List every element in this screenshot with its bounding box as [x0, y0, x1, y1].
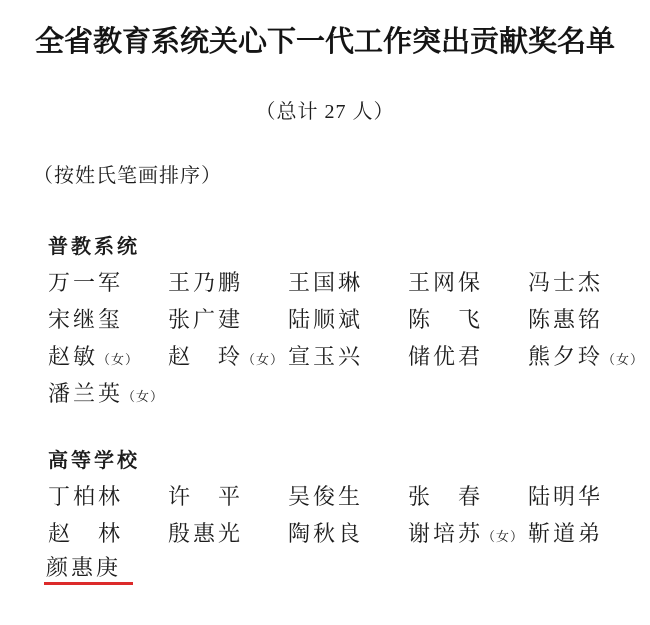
name-row: 赵 林殷惠光陶秋良谢培苏（女）靳道弟: [48, 515, 650, 552]
awardee-name: 陆明华: [528, 485, 603, 509]
name-cell: 陆明华: [528, 485, 648, 509]
name-cell: 赵 林: [48, 522, 168, 546]
female-marker: （女）: [482, 523, 524, 545]
award-name-list: 普教系统万一军王乃鹏王国琳王网保冯士杰宋继玺张广建陆顺斌陈 飞陈惠铭赵敏（女）赵…: [0, 234, 650, 589]
name-cell: 赵 玲（女）: [168, 345, 288, 369]
name-cell: 陆顺斌: [288, 308, 408, 332]
section-heading: 普教系统: [48, 234, 650, 261]
name-cell: 王乃鹏: [168, 271, 288, 295]
name-row: 潘兰英（女）: [48, 375, 650, 412]
name-cell: 冯士杰: [528, 271, 648, 295]
name-cell: 张广建: [168, 308, 288, 332]
awardee-name: 王国琳: [288, 271, 363, 295]
awardee-name: 冯士杰: [528, 271, 603, 295]
name-cell: 赵敏（女）: [48, 345, 168, 369]
awardee-name: 王乃鹏: [168, 271, 243, 295]
name-cell: 宣玉兴: [288, 345, 408, 369]
name-row: 颜惠庚: [48, 552, 650, 589]
awardee-name: 陈惠铭: [528, 308, 603, 332]
awardee-name: 赵 林: [48, 522, 123, 546]
name-row: 万一军王乃鹏王国琳王网保冯士杰: [48, 264, 650, 301]
section-heading: 高等学校: [48, 448, 650, 475]
name-row: 宋继玺张广建陆顺斌陈 飞陈惠铭: [48, 301, 650, 338]
name-cell: 陈 飞: [408, 308, 528, 332]
name-cell: 宋继玺: [48, 308, 168, 332]
sort-order-note: （按姓氏笔画排序）: [33, 163, 650, 190]
awardee-name: 吴俊生: [288, 485, 363, 509]
name-cell: 殷惠光: [168, 522, 288, 546]
name-cell: 张 春: [408, 485, 528, 509]
name-cell: 王国琳: [288, 271, 408, 295]
name-rows: 丁柏林许 平吴俊生张 春陆明华赵 林殷惠光陶秋良谢培苏（女）靳道弟颜惠庚: [48, 478, 650, 589]
female-marker: （女）: [602, 346, 644, 368]
awardee-name: 许 平: [168, 485, 243, 509]
awardee-name: 赵敏: [48, 345, 98, 369]
awardee-name: 宋继玺: [48, 308, 123, 332]
name-cell: 陈惠铭: [528, 308, 648, 332]
awardee-name: 殷惠光: [168, 522, 243, 546]
name-cell: 许 平: [168, 485, 288, 509]
section-1: 高等学校丁柏林许 平吴俊生张 春陆明华赵 林殷惠光陶秋良谢培苏（女）靳道弟颜惠庚: [48, 448, 650, 589]
name-cell: 万一军: [48, 271, 168, 295]
female-marker: （女）: [242, 346, 284, 368]
awardee-name: 王网保: [408, 271, 483, 295]
name-cell: 丁柏林: [48, 485, 168, 509]
female-marker: （女）: [122, 383, 164, 405]
name-cell: 潘兰英（女）: [48, 382, 168, 406]
awardee-name: 万一军: [48, 271, 123, 295]
awardee-name: 潘兰英: [48, 382, 123, 406]
total-count-note: （总计 27 人）: [0, 99, 650, 125]
awardee-name: 陶秋良: [288, 522, 363, 546]
section-0: 普教系统万一军王乃鹏王国琳王网保冯士杰宋继玺张广建陆顺斌陈 飞陈惠铭赵敏（女）赵…: [48, 234, 650, 412]
awardee-name: 宣玉兴: [288, 345, 363, 369]
name-row: 丁柏林许 平吴俊生张 春陆明华: [48, 478, 650, 515]
awardee-name: 张广建: [168, 308, 243, 332]
name-cell: 王网保: [408, 271, 528, 295]
name-cell: 吴俊生: [288, 485, 408, 509]
document-page: 全省教育系统关心下一代工作突出贡献奖名单 （总计 27 人） （按姓氏笔画排序）…: [0, 0, 650, 625]
name-cell: 熊夕玲（女）: [528, 345, 648, 369]
awardee-name: 陈 飞: [408, 308, 483, 332]
document-title: 全省教育系统关心下一代工作突出贡献奖名单: [18, 24, 632, 60]
female-marker: （女）: [97, 346, 139, 368]
awardee-name: 储优君: [408, 345, 483, 369]
name-cell: 颜惠庚: [48, 556, 168, 585]
name-cell: 谢培苏（女）: [408, 522, 528, 546]
awardee-name-underlined: 颜惠庚: [44, 556, 133, 585]
name-cell: 储优君: [408, 345, 528, 369]
awardee-name: 熊夕玲: [528, 345, 603, 369]
name-cell: 靳道弟: [528, 522, 648, 546]
awardee-name: 谢培苏: [408, 522, 483, 546]
name-cell: 陶秋良: [288, 522, 408, 546]
awardee-name: 赵 玲: [168, 345, 243, 369]
awardee-name: 张 春: [408, 485, 483, 509]
awardee-name: 丁柏林: [48, 485, 123, 509]
name-rows: 万一军王乃鹏王国琳王网保冯士杰宋继玺张广建陆顺斌陈 飞陈惠铭赵敏（女）赵 玲（女…: [48, 264, 650, 412]
awardee-name: 靳道弟: [528, 522, 603, 546]
awardee-name: 陆顺斌: [288, 308, 363, 332]
name-row: 赵敏（女）赵 玲（女）宣玉兴储优君熊夕玲（女）: [48, 338, 650, 375]
